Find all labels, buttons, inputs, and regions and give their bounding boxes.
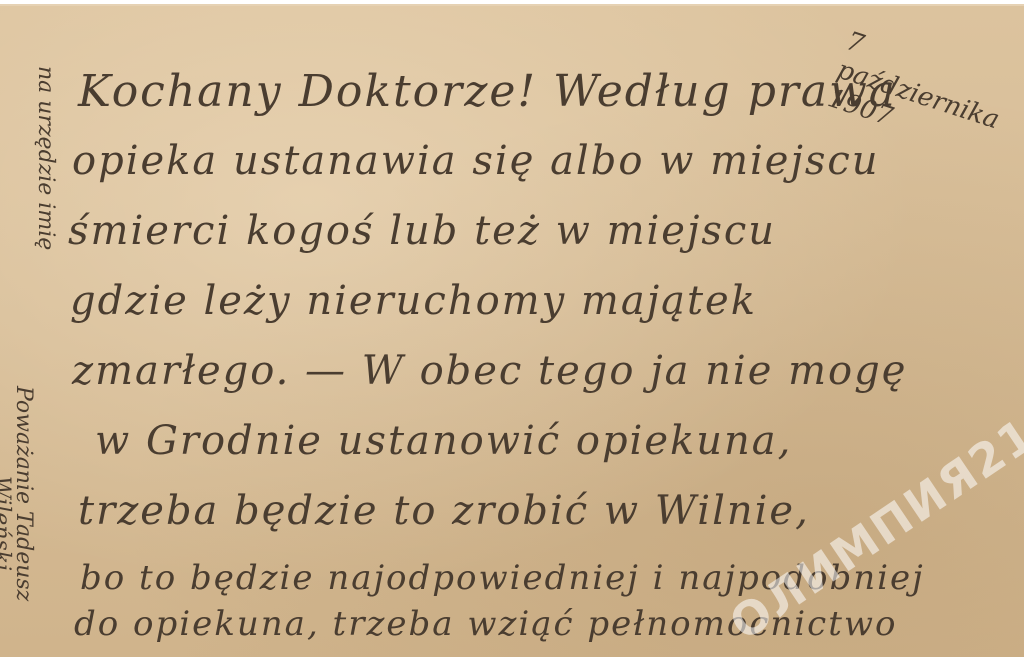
margin-note: Poważanie Tadeusz — [11, 386, 36, 601]
letter-line: w Grodnie ustanowić opiekuna, — [95, 418, 792, 464]
margin-note: na urzędzie imię — [33, 66, 58, 250]
letter-line: opieka ustanawia się albo w miejscu — [72, 138, 880, 184]
letter-line: Kochany Doktorze! Według prawa — [78, 66, 897, 117]
letter-line: trzeba będzie to zrobić w Wilnie, — [78, 488, 810, 534]
letter-line: śmierci kogoś lub też w miejscu — [68, 208, 776, 254]
letter-line: zmarłego. — W obec tego ja nie mogę — [72, 348, 907, 394]
postcard: 7 października 1907 Kochany Doktorze! We… — [0, 4, 1024, 655]
margin-note: Wileński — [0, 476, 14, 571]
letter-line: gdzie leży nieruchomy majątek — [70, 278, 757, 324]
